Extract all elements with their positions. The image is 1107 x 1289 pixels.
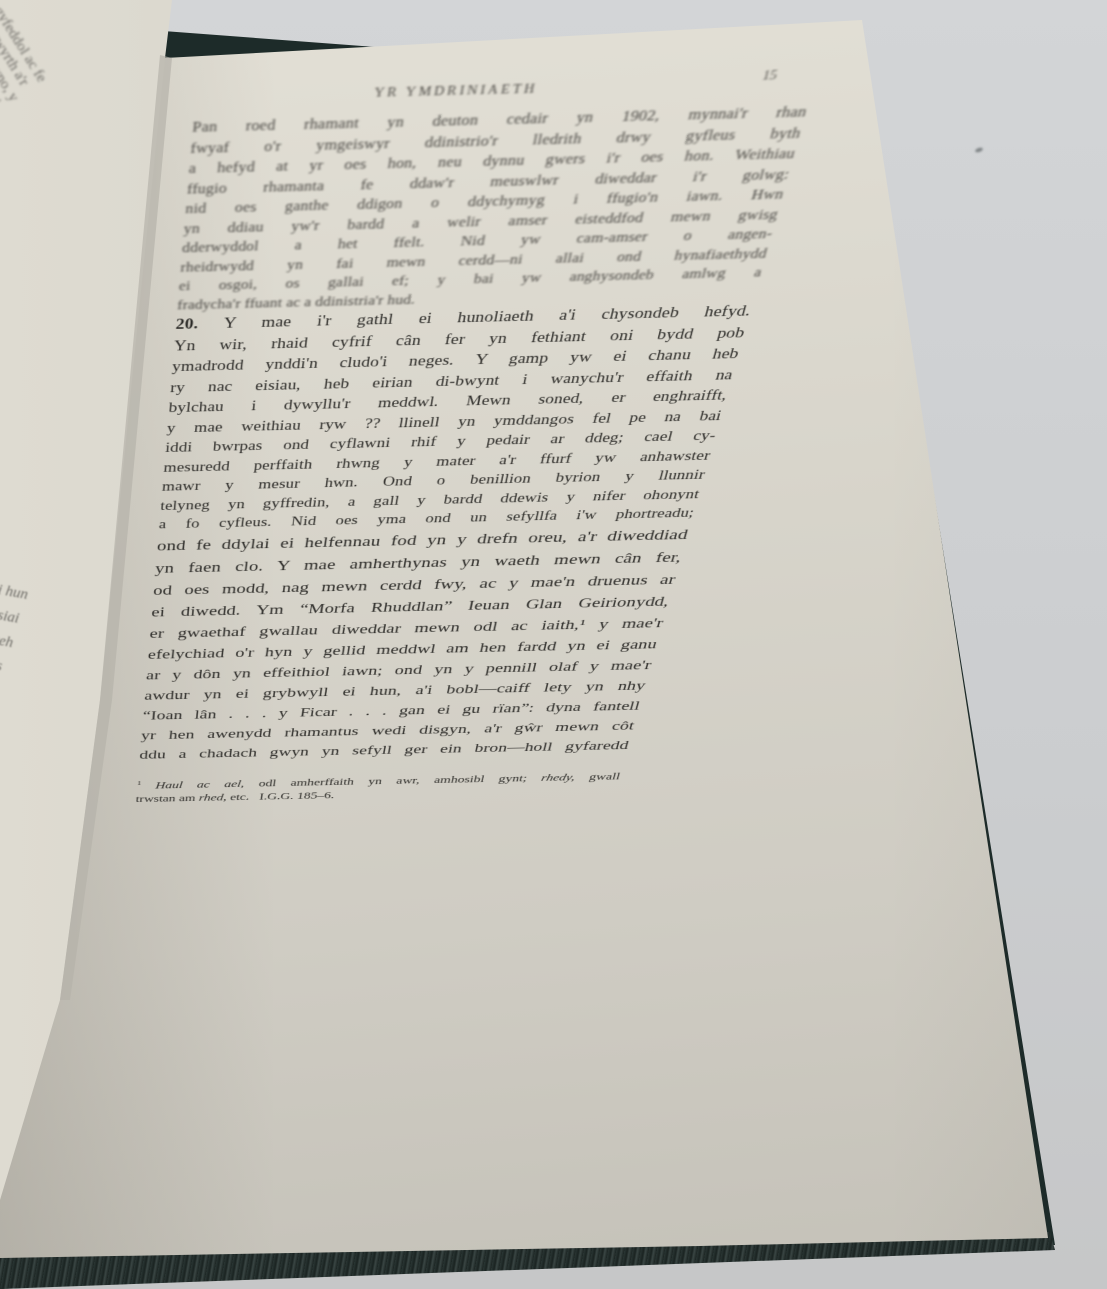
footnote-marker: 1 [137,780,142,787]
section-20-paragraph: 20. Y mae i'r gathl ei hunoliaeth a'i ch… [158,300,754,534]
section-number: 20. [175,316,199,333]
section-20-paragraph-continued: ond fe ddylai ei helfennau fod yn y dref… [139,522,692,764]
footnote-italic: rhedy, [540,771,576,783]
footnote-italic: rhed, [198,792,227,803]
running-head-title: YR YMDRINIAETH [373,83,539,102]
footnote-italic: Haul ac ael, [155,778,245,791]
footnote-text: gwall [574,770,622,782]
footnote-text: etc. I.G.G. 185–6. [226,790,335,803]
footnote-text: trwstan am [135,792,199,804]
top-paragraph: Pan roed rhamant yn deuton cedair yn 190… [177,101,810,314]
page-number: 15 [761,69,779,84]
